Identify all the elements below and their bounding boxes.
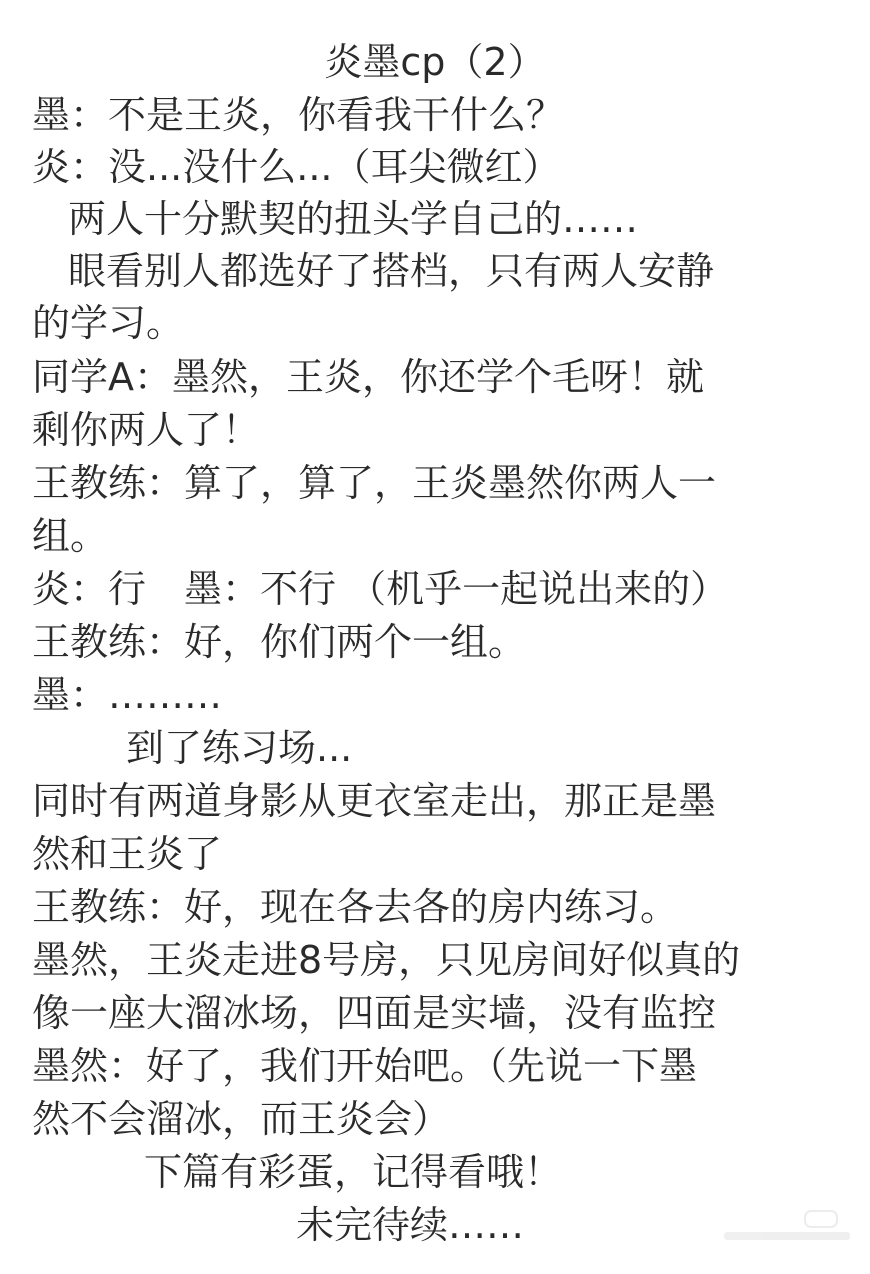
- watermark-text: [724, 1232, 850, 1240]
- text-line: 王教练：好，你们两个一组。: [32, 617, 526, 667]
- text-line: 墨然：好了，我们开始吧。（先说一下墨: [32, 1041, 697, 1091]
- text-line: 然不会溜冰，而王炎会）: [32, 1094, 450, 1144]
- text-line: 炎：行 墨：不行 （机乎一起说出来的）: [32, 564, 728, 614]
- text-line: 的学习。: [32, 298, 184, 348]
- text-line: 同时有两道身影从更衣室走出，那正是墨: [32, 776, 716, 826]
- text-line: 两人十分默契的扭头学自己的……: [68, 194, 638, 244]
- text-line: 像一座大溜冰场，四面是实墙，没有监控: [32, 988, 716, 1038]
- text-line: 到了练习场...: [126, 723, 352, 773]
- text-line: 下篇有彩蛋，记得看哦！: [144, 1147, 562, 1197]
- text-line: 墨：………: [32, 670, 222, 720]
- text-line: 组。: [32, 511, 108, 561]
- watermark: [720, 1210, 850, 1250]
- text-line: 眼看别人都选好了搭档，只有两人安静: [68, 246, 714, 296]
- text-line: 王教练：好，现在各去各的房内练习。: [32, 882, 678, 932]
- text-line: 然和王炎了: [32, 829, 222, 879]
- text-line: 王教练：算了，算了，王炎墨然你两人一: [32, 458, 716, 508]
- text-line: 墨：不是王炎，你看我干什么？: [32, 90, 564, 140]
- text-line: 墨然，王炎走进8号房，只见房间好似真的: [32, 935, 740, 985]
- text-line: 同学A：墨然，王炎，你还学个毛呀！就: [32, 352, 704, 402]
- text-line: 炎：没...没什么...（耳尖微红）: [32, 142, 560, 192]
- text-line: 未完待续……: [296, 1200, 524, 1250]
- text-line: 剩你两人了！: [32, 405, 260, 455]
- document-page: 炎墨cp（2） 墨：不是王炎，你看我干什么？ 炎：没...没什么...（耳尖微红…: [0, 0, 870, 1274]
- document-title: 炎墨cp（2）: [0, 37, 870, 87]
- watermark-logo-icon: [804, 1210, 838, 1228]
